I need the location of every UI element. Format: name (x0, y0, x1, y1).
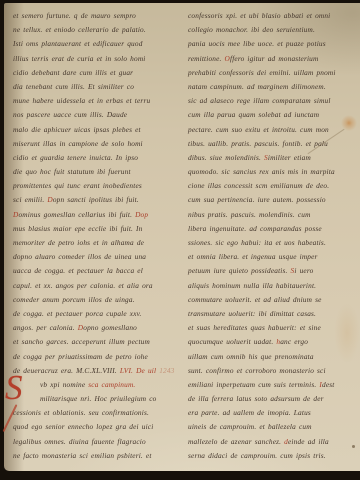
text-segment: mus blasius maior epe ecclie ibi fuit. I… (13, 224, 143, 233)
text-segment: ominus gomesllan cellarius ibi fuit. (18, 210, 135, 219)
text-segment: sic ad alaseco rege illam comparatam sim… (188, 96, 331, 105)
text-segment: de cogga. et pectauer porca cupale xxv. (13, 309, 142, 318)
text-segment: cione illas concessit scm emilianum de d… (188, 181, 329, 190)
text-segment: dest (322, 380, 334, 389)
text-line: mus blasius maior epe ecclie ibi fuit. I… (13, 222, 183, 236)
text-segment: petuum iure quieto possideatis. (188, 266, 291, 275)
text-line: et sancho garces. acceperunt illum pectu… (13, 335, 183, 349)
text-segment: libera ingenuitate. ad comparandas posse (188, 224, 322, 233)
text-line: uacca de cogga. et pectauer la bacca el (13, 264, 183, 278)
manuscript-page: S et semero furtune. q de mauro semprone… (4, 3, 360, 471)
text-line: Dominus gomesllan cellarius ibi fuit. Do… (13, 208, 183, 222)
text-segment: prehabiti confessoris dei emilni. uillam… (188, 68, 336, 77)
text-line: cum illa parua quam solebat ad iunctam (188, 108, 358, 122)
text-line: de illa ferrera latus soto adsursum de d… (188, 392, 358, 406)
text-line: confessoris xpi. et ubi blasio abbati et… (188, 9, 358, 23)
text-line: remittione. Offero igitur ad monasterium (188, 52, 358, 66)
text-segment: transmutare uoluerit: ibi dimittat casas… (188, 309, 316, 318)
text-segment: quomodo. sic sancius rex anis mis in mar… (188, 167, 335, 176)
text-segment: collegio monachor. ibi deo seruientium. (188, 25, 315, 34)
text-line: sunt. confirmo et corroboro monasterio s… (188, 364, 358, 378)
text-line: quod ego senior ennecho lopez gra dei ui… (13, 420, 183, 434)
text-segment: anc ergo (280, 337, 308, 346)
text-line: cidio debebant dare cum illis et guar (13, 66, 183, 80)
text-segment: era parte. ad uallem de imopia. Latus (188, 408, 311, 417)
rubric-text-segment: Dop (135, 210, 148, 219)
text-line: collegio monachor. ibi deo seruientium. (188, 23, 358, 37)
text-column-right: confessoris xpi. et ubi blasio abbati et… (188, 9, 358, 463)
text-line: prehabiti confessoris dei emilni. uillam… (188, 66, 358, 80)
text-segment: aliquis hominum nulla illa habitauerint. (188, 281, 316, 290)
text-line: et semero furtune. q de mauro sempro (13, 9, 183, 23)
text-line: dopno aluaro comeder illos de uinea una (13, 250, 183, 264)
text-line: militarisque nri. Hoc priuilegium co (13, 392, 183, 406)
text-line: nos pascere uacce cum illis. Daude (13, 108, 183, 122)
text-segment: et semero furtune. q de mauro sempro (13, 11, 136, 20)
text-segment: commutare uoluerit. et ad aliud dnium se (188, 295, 322, 304)
text-segment: die quo hoc fuit statutum ibi fuerunt (13, 167, 131, 176)
text-segment: capul. et xx. angos per calonia. et alia… (13, 281, 153, 290)
text-line: cum sua pertinencia. iure autem. possess… (188, 193, 358, 207)
text-line: dibus. siue molendinis. Similiter etiam (188, 151, 358, 165)
text-line: mallezelo de azenar sanchez. deinde ad i… (188, 435, 358, 449)
text-line: et omnia libera. et ingenua usque imper (188, 250, 358, 264)
text-segment: sunt. confirmo et corroboro monasterio s… (188, 366, 326, 375)
text-segment: opno gomesllano (83, 323, 137, 332)
text-segment: remittione. (188, 54, 225, 63)
text-line: tibus. uallib. pratis. pascuis. fontib. … (188, 137, 358, 151)
drop-cap-initial-S: S (5, 371, 23, 405)
text-segment: mune habere uidessela et in erbas et ter… (13, 96, 150, 105)
text-line: era parte. ad uallem de imopia. Latus (188, 406, 358, 420)
text-segment: imiliter etiam (268, 153, 311, 162)
text-segment: serna didaci de camprouim. cum ipsis tri… (188, 451, 326, 460)
text-line: quocumque uoluerit uadat. hanc ergo (188, 335, 358, 349)
text-segment: sci emilii. (13, 195, 47, 204)
text-segment: dibus. siue molendinis. (188, 153, 264, 162)
text-line: libera ingenuitate. ad comparandas posse (188, 222, 358, 236)
text-segment: et omnia libera. et ingenua usque imper (188, 252, 318, 261)
text-segment: opn sancti ipolitus ibi fuit. (53, 195, 139, 204)
text-segment: pectare. cum suo exitu et introitu. cum … (188, 125, 329, 134)
text-segment: vb xpi nomine (40, 380, 88, 389)
text-line: cione illas concessit scm emilianum de d… (188, 179, 358, 193)
text-segment: dia tenebant cum illis. Et similiter co (13, 82, 134, 91)
text-line: cessionis et oblationis. seu confirmatio… (13, 406, 183, 420)
text-segment: quocumque uoluerit uadat. (188, 337, 276, 346)
text-line: uineis de camprouim. et ballezela cum (188, 420, 358, 434)
text-segment: ne tellux. et eniodo cellerario de palat… (13, 25, 146, 34)
text-segment: de deueracruz era. M.C.XL.VIII. (13, 366, 120, 375)
text-column-left: S et semero furtune. q de mauro semprone… (13, 9, 183, 463)
text-line: quomodo. sic sancius rex anis mis in mar… (188, 165, 358, 179)
text-segment: promittentes qui tunc erant inobedientes (13, 181, 142, 190)
text-line: de cogga. et pectauer porca cupale xxv. (13, 307, 183, 321)
rubric-text-segment: LVI. De uil (120, 366, 156, 375)
text-line: capul. et xx. angos per calonia. et alia… (13, 279, 183, 293)
text-line: dia tenebant cum illis. Et similiter co (13, 80, 183, 94)
text-segment: pania uocis mee libe uoce. et puaze poti… (188, 39, 326, 48)
text-segment: et sancho garces. acceperunt illum pectu… (13, 337, 150, 346)
text-line: et suas hereditates quas habuerit: et si… (188, 321, 358, 335)
text-line: vb xpi nomine sca campinum. (13, 378, 183, 392)
text-line: serna didaci de camprouim. cum ipsis tri… (188, 449, 358, 463)
text-segment: legalibus omnes. diuina fauente flagraci… (13, 437, 146, 446)
text-segment: natam campinum. ad marginem dilimonem. (188, 82, 326, 91)
photo-background: { "colors": { "background_frame": "#1610… (0, 0, 360, 480)
rubric-text-segment: sca campinum. (88, 380, 135, 389)
text-segment: angos. per calonia. (13, 323, 78, 332)
text-line: nibus pratis. pascuis. molendinis. cum (188, 208, 358, 222)
text-segment: uillam cum omnib his que prenominata (188, 352, 314, 361)
text-line: pania uocis mee libe uoce. et puaze poti… (188, 37, 358, 51)
text-segment: ne facto monasteria sci emilian psbiteri… (13, 451, 152, 460)
text-line: comeder anum porcum illos de uinga. (13, 293, 183, 307)
text-line: sic ad alaseco rege illam comparatam sim… (188, 94, 358, 108)
text-segment: de illa ferrera latus soto adsursum de d… (188, 394, 324, 403)
text-line: uillam cum omnib his que prenominata (188, 350, 358, 364)
text-line: pectare. cum suo exitu et introitu. cum … (188, 123, 358, 137)
text-segment: quod ego senior ennecho lopez gra dei ui… (13, 422, 153, 431)
text-segment: illius terris erat de curia et in solo h… (13, 54, 146, 63)
text-line: die quo hoc fuit statutum ibi fuerunt (13, 165, 183, 179)
text-line: de cogga per priuatissimam de petro iohe (13, 350, 183, 364)
text-segment: de cogga per priuatissimam de petro iohe (13, 352, 148, 361)
faint-numeral-segment: 1243 (156, 366, 174, 375)
text-segment: cessionis et oblationis. seu confirmatio… (13, 408, 149, 417)
text-segment: cidio et guardia tenere inuicta. In ipso (13, 153, 138, 162)
text-segment: memoriter de petro iohs et in alhama de (13, 238, 144, 247)
text-segment: uineis de camprouim. et ballezela cum (188, 422, 312, 431)
text-line: petuum iure quieto possideatis. Si uero (188, 264, 358, 278)
text-line: natam campinum. ad marginem dilimonem. (188, 80, 358, 94)
text-segment: cum illa parua quam solebat ad iunctam (188, 110, 319, 119)
text-segment: malo die aphicuer uicas ipsas plebes et (13, 125, 141, 134)
text-segment: einde ad illa (288, 437, 329, 446)
text-segment: emiliani inperpetuam cum suis terminis. (188, 380, 319, 389)
text-line: promittentes qui tunc erant inobedientes (13, 179, 183, 193)
text-line: ne facto monasteria sci emilian psbiteri… (13, 449, 183, 463)
text-line: de deueracruz era. M.C.XL.VIII. LVI. De … (13, 364, 183, 378)
text-line: emiliani inperpetuam cum suis terminis. … (188, 378, 358, 392)
text-line: memoriter de petro iohs et in alhama de (13, 236, 183, 250)
text-segment: nos pascere uacce cum illis. Daude (13, 110, 127, 119)
text-line: illius terris erat de curia et in solo h… (13, 52, 183, 66)
text-segment: cum sua pertinencia. iure autem. possess… (188, 195, 326, 204)
text-segment: dopno aluaro comeder illos de uinea una (13, 252, 146, 261)
text-line: sci emilii. Dopn sancti ipolitus ibi fui… (13, 193, 183, 207)
text-line: transmutare uoluerit: ibi dimittat casas… (188, 307, 358, 321)
text-segment: miserunt illas in campione de solo homi (13, 139, 143, 148)
text-line: ne tellux. et eniodo cellerario de palat… (13, 23, 183, 37)
parchment-soft-stain (334, 303, 360, 363)
text-line: malo die aphicuer uicas ipsas plebes et (13, 123, 183, 137)
text-line: ssiones. sic ego habui: ita et uos habea… (188, 236, 358, 250)
text-segment: militarisque nri. Hoc priuilegium co (40, 394, 156, 403)
text-segment: ffero igitur ad monasterium (230, 54, 318, 63)
text-line: Isti oms plantauerant et edificauer quod (13, 37, 183, 51)
text-segment: ssiones. sic ego habui: ita et uos habea… (188, 238, 326, 247)
text-segment: uacca de cogga. et pectauer la bacca el (13, 266, 143, 275)
text-line: mune habere uidessela et in erbas et ter… (13, 94, 183, 108)
text-segment: cidio debebant dare cum illis et guar (13, 68, 133, 77)
text-segment: nibus pratis. pascuis. molendinis. cum (188, 210, 311, 219)
text-segment: Isti oms plantauerant et edificauer quod (13, 39, 143, 48)
parchment-ink-fleck (352, 445, 355, 448)
text-segment: comeder anum porcum illos de uinga. (13, 295, 135, 304)
text-line: angos. per calonia. Dopno gomesllano (13, 321, 183, 335)
text-line: miserunt illas in campione de solo homi (13, 137, 183, 151)
text-segment: mallezelo de azenar sanchez. (188, 437, 284, 446)
text-segment: tibus. uallib. pratis. pascuis. fontib. … (188, 139, 328, 148)
text-line: cidio et guardia tenere inuicta. In ipso (13, 151, 183, 165)
text-segment: i uero (294, 266, 313, 275)
text-segment: confessoris xpi. et ubi blasio abbati et… (188, 11, 330, 20)
text-segment: et suas hereditates quas habuerit: et si… (188, 323, 321, 332)
text-line: legalibus omnes. diuina fauente flagraci… (13, 435, 183, 449)
text-line: aliquis hominum nulla illa habitauerint. (188, 279, 358, 293)
text-line: commutare uoluerit. et ad aliud dnium se (188, 293, 358, 307)
